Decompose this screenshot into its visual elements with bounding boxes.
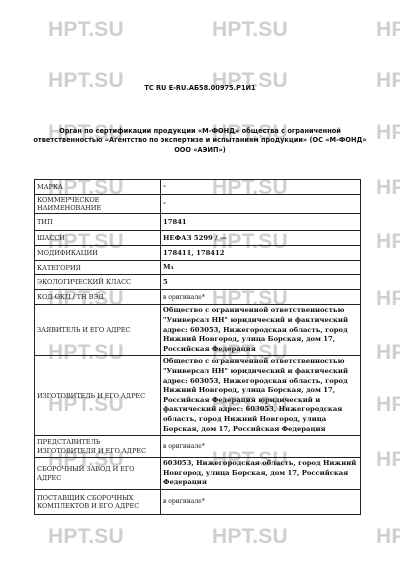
row-label: СБОРОЧНЫЙ ЗАВОД И ЕГО АДРЕС <box>35 458 161 490</box>
watermark: HPT.SU <box>376 19 400 40</box>
watermark: HPT.SU <box>376 122 400 143</box>
watermark: HPT.SU <box>212 19 288 40</box>
row-value: 5 <box>161 275 361 290</box>
watermark: HPT.SU <box>376 526 400 547</box>
table-row-type: ТИП 17841 <box>35 214 361 231</box>
watermark: HPT.SU <box>376 342 400 363</box>
row-label: ЭКОЛОГИЧЕСКИЙ КЛАСС <box>35 275 161 290</box>
row-value: - <box>161 180 361 195</box>
table-row-kit-supplier: ПОСТАВЩИК СБОРОЧНЫХ КОМПЛЕКТОВ И ЕГО АДР… <box>35 489 361 514</box>
watermark: HPT.SU <box>212 526 288 547</box>
row-value: M₃ <box>161 261 361 275</box>
row-label: ТИП <box>35 214 161 231</box>
row-label: ШАССИ <box>35 231 161 246</box>
row-label: КОД ОКП / ТН ВЭД <box>35 290 161 305</box>
document-code: TC RU E-RU.АБ58.00975.Р1И1 <box>0 84 400 93</box>
watermark: HPT.SU <box>48 526 124 547</box>
row-label: КОММЕРЧЕСКОЕ НАИМЕНОВАНИЕ <box>35 195 161 214</box>
table-row-manufacturer: ИЗГОТОВИТЕЛЬ И ЕГО АДРЕС Общество с огра… <box>35 356 361 436</box>
row-value: НЕФАЗ 5299 / — <box>161 231 361 246</box>
row-value: - <box>161 195 361 214</box>
table-row-eco-class: ЭКОЛОГИЧЕСКИЙ КЛАСС 5 <box>35 275 361 290</box>
row-value: Общество с ограниченной ответственностью… <box>161 356 361 436</box>
table-row-applicant: ЗАЯВИТЕЛЬ И ЕГО АДРЕС Общество с огранич… <box>35 305 361 356</box>
watermark: HPT.SU <box>376 288 400 309</box>
watermark: HPT.SU <box>376 449 400 470</box>
table-row-okp-code: КОД ОКП / ТН ВЭД в оригинале* <box>35 290 361 305</box>
row-value: в оригинале* <box>161 489 361 514</box>
vehicle-spec-table: МАРКА - КОММЕРЧЕСКОЕ НАИМЕНОВАНИЕ - ТИП … <box>34 179 361 515</box>
row-label: ЗАЯВИТЕЛЬ И ЕГО АДРЕС <box>35 305 161 356</box>
certification-body-title: Орган по сертификации продукции «М-ФОНД»… <box>28 127 372 155</box>
row-label: КАТЕГОРИЯ <box>35 261 161 275</box>
table-row-assembly-plant: СБОРОЧНЫЙ ЗАВОД И ЕГО АДРЕС 603053, Ниже… <box>35 458 361 490</box>
row-label: МАРКА <box>35 180 161 195</box>
table-row-manufacturer-representative: ПРЕДСТАВИТЕЛЬ ИЗГОТОВИТЕЛЯ И ЕГО АДРЕС в… <box>35 436 361 458</box>
table-row-commercial-name: КОММЕРЧЕСКОЕ НАИМЕНОВАНИЕ - <box>35 195 361 214</box>
watermark: HPT.SU <box>376 231 400 252</box>
row-value: Общество с ограниченной ответственностью… <box>161 305 361 356</box>
watermark: HPT.SU <box>376 177 400 198</box>
row-value: 17841 <box>161 214 361 231</box>
row-label: ПОСТАВЩИК СБОРОЧНЫХ КОМПЛЕКТОВ И ЕГО АДР… <box>35 489 161 514</box>
table-row-brand: МАРКА - <box>35 180 361 195</box>
row-value: 603053, Нижегородская область, город Ниж… <box>161 458 361 490</box>
row-label: МОДИФИКАЦИИ <box>35 246 161 261</box>
row-label: ПРЕДСТАВИТЕЛЬ ИЗГОТОВИТЕЛЯ И ЕГО АДРЕС <box>35 436 161 458</box>
table-row-chassis: ШАССИ НЕФАЗ 5299 / — <box>35 231 361 246</box>
row-value: в оригинале* <box>161 290 361 305</box>
watermark: HPT.SU <box>376 394 400 415</box>
watermark: HPT.SU <box>48 19 124 40</box>
table-row-category: КАТЕГОРИЯ M₃ <box>35 261 361 275</box>
table-row-modifications: МОДИФИКАЦИИ 178411, 178412 <box>35 246 361 261</box>
row-value: в оригинале* <box>161 436 361 458</box>
row-value: 178411, 178412 <box>161 246 361 261</box>
row-label: ИЗГОТОВИТЕЛЬ И ЕГО АДРЕС <box>35 356 161 436</box>
